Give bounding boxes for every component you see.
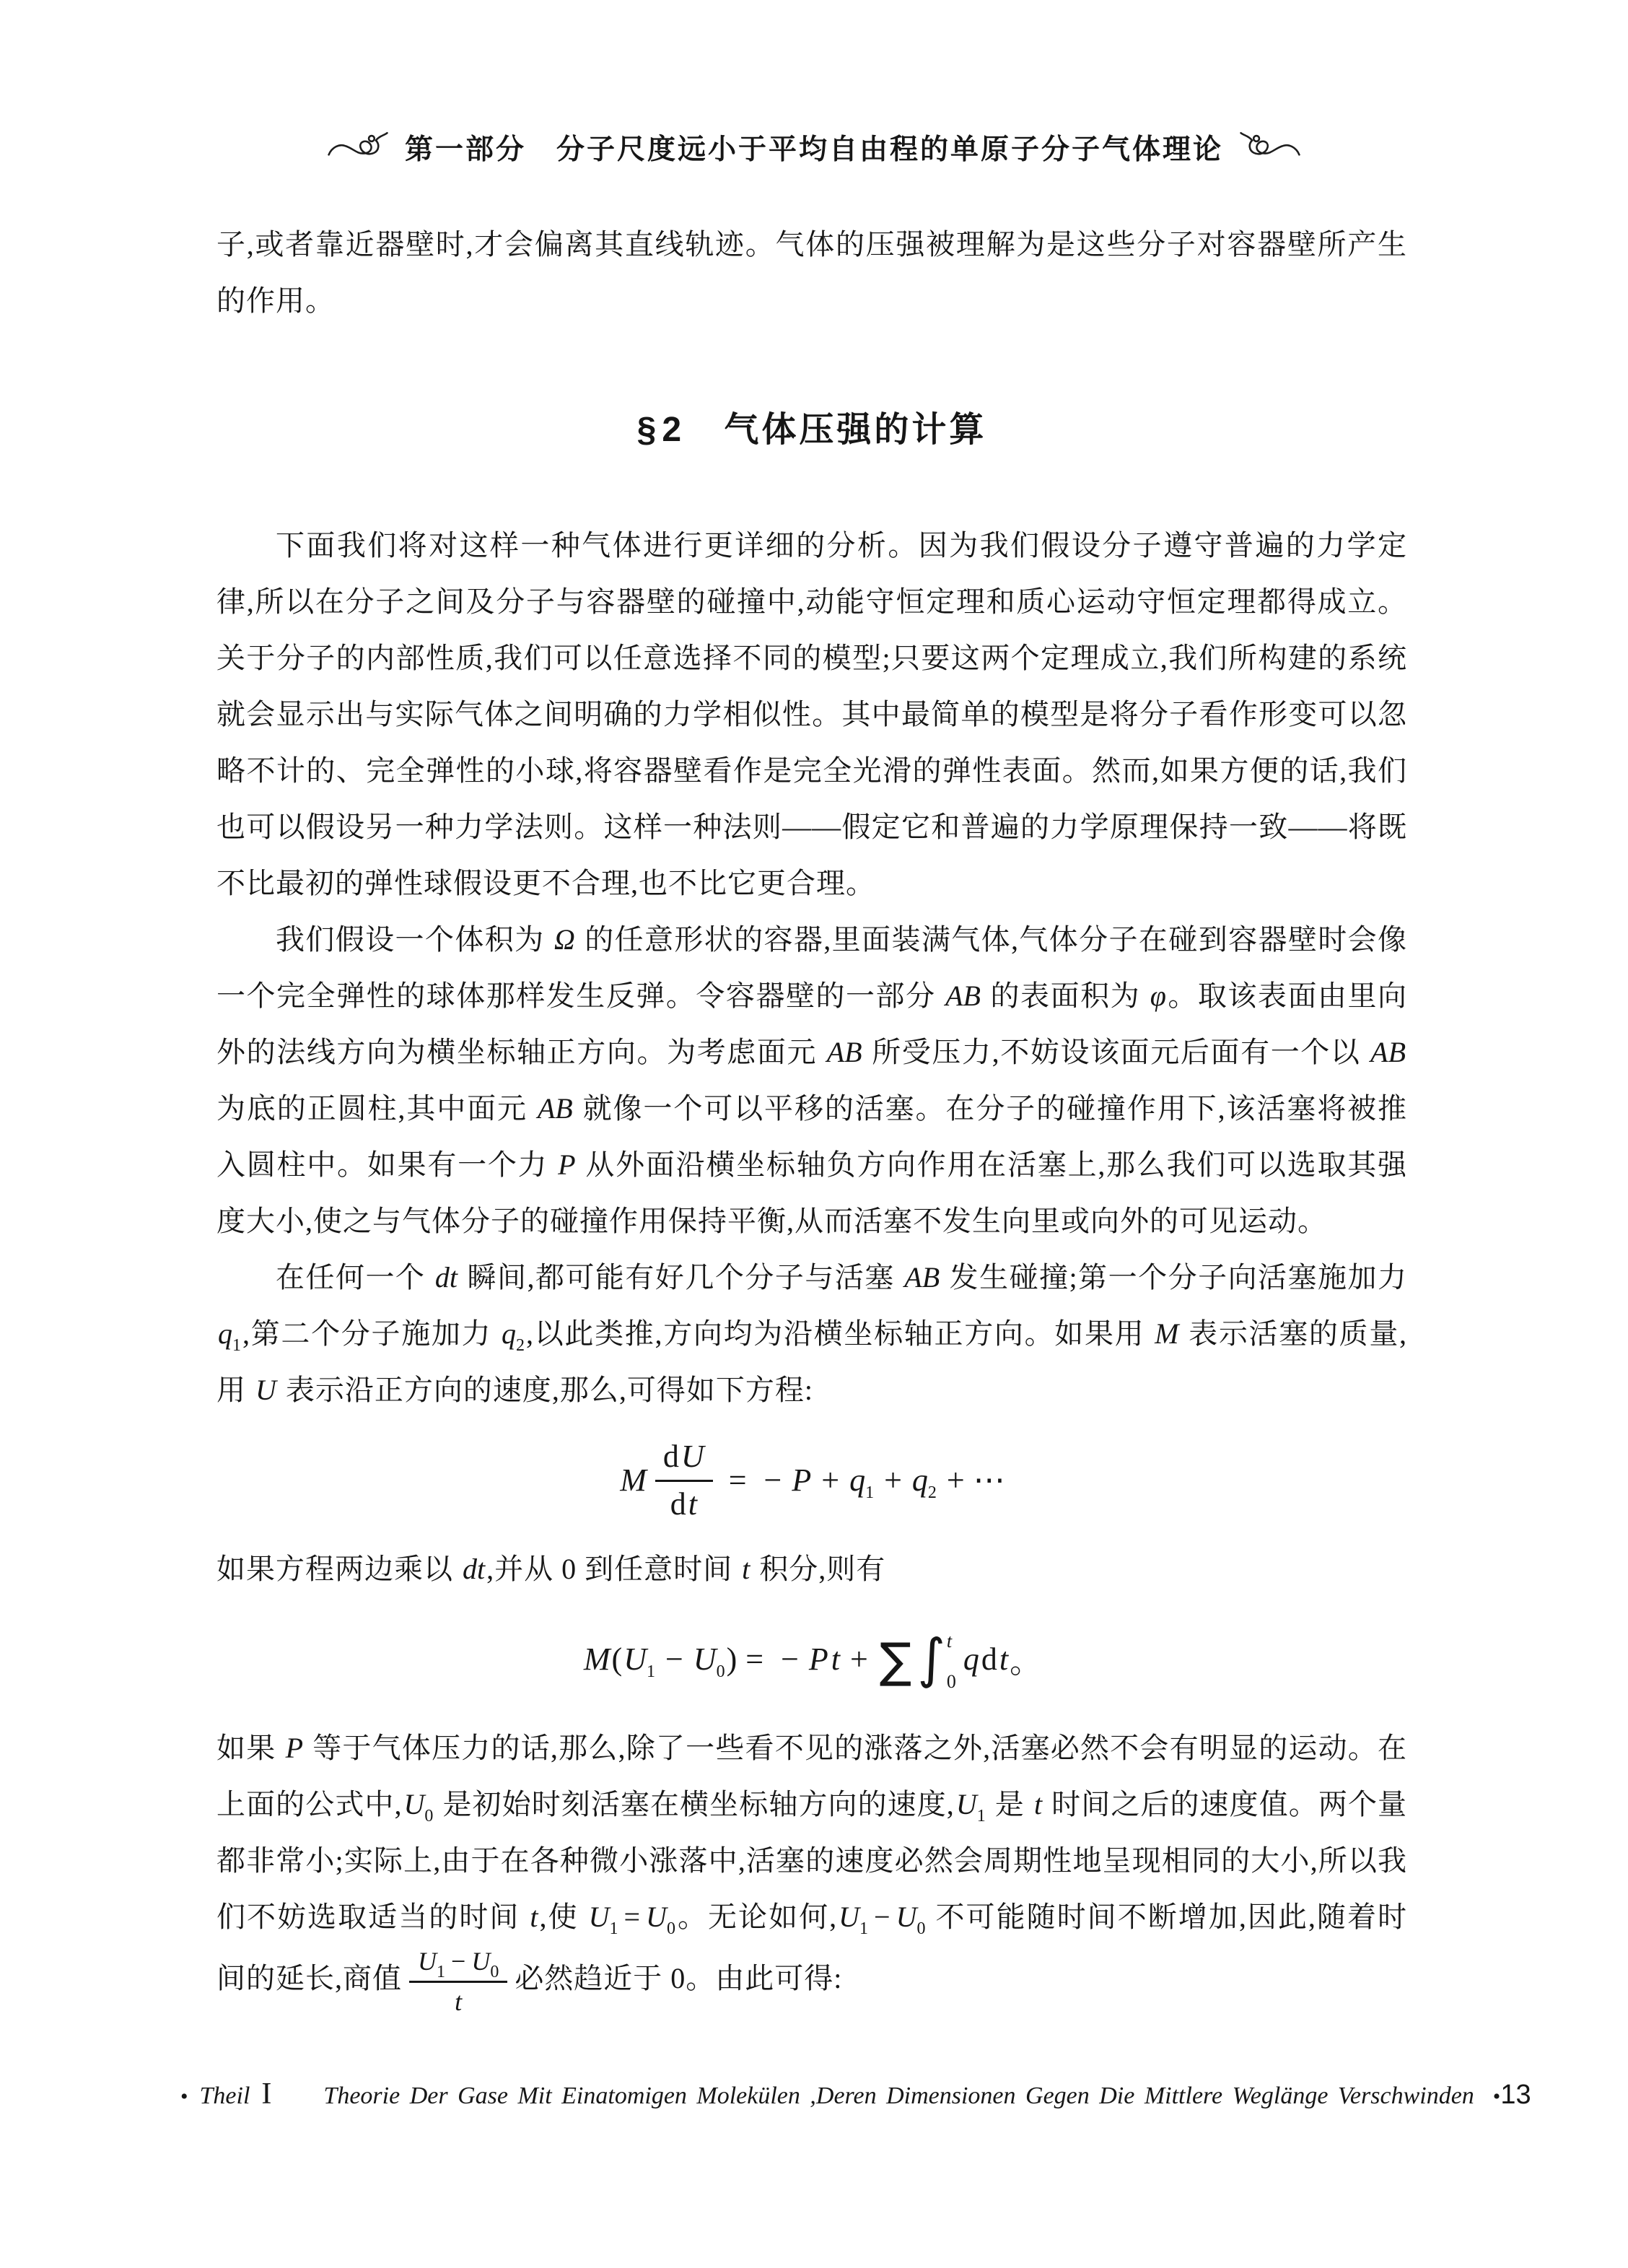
footer-book-title: Theorie Der Gase Mit Einatomigen Molekül… [323,2082,1474,2110]
page-content: 子,或者靠近器壁时,才会偏离其直线轨迹。气体的压强被理解为是这些分子对容器壁所产… [216,217,1407,2018]
book-page: 第一部分 分子尺度远小于平均自由程的单原子分子气体理论 子,或者靠近器壁时,才会… [0,0,1628,2268]
equation-piston-motion: MdUdt=−P+q1+q2+⋯ [216,1426,1407,1534]
flourish-swirl-icon [327,131,389,164]
paragraph-collisions: 在任何一个 dt 瞬间,都可能有好几个分子与活塞 AB 发生碰撞;第一个分子向活… [216,1249,1407,1418]
page-number: 13 [1500,2080,1531,2111]
section-title: 气体压强的计算 [724,411,986,449]
section-number: §2 [637,411,687,449]
footer-bullet-right: • [1493,2085,1501,2109]
page-header: 第一部分 分子尺度远小于平均自由程的单原子分子气体理论 [0,127,1628,167]
equation-integrated-momentum: M(U1−U0)=−Pt+∑∫t0qdt 。 [216,1605,1407,1713]
continuation-paragraph: 子,或者靠近器壁时,才会偏离其直线轨迹。气体的压强被理解为是这些分子对容器壁所产… [216,217,1407,329]
footer-citation: • Theil I Theorie Der Gase Mit Einatomig… [180,2079,1500,2110]
footer-part-numeral: I [261,2079,271,2109]
flourish-swirl-icon-mirrored [1239,131,1301,164]
page-footer: • Theil I Theorie Der Gase Mit Einatomig… [180,2079,1412,2111]
footer-part-label: Theil [200,2082,250,2110]
paragraph-integrate: 如果方程两边乘以 dt,并从 0 到任意时间 t 积分,则有 [216,1541,1407,1597]
part-title: 第一部分 分子尺度远小于平均自由程的单原子分子气体理论 [405,127,1223,167]
paragraph-container: 我们假设一个体积为 Ω 的任意形状的容器,里面装满气体,气体分子在碰到容器壁时会… [216,912,1407,1249]
paragraph-pressure: 如果 P 等于气体压力的话,那么,除了一些看不见的涨落之外,活塞必然不会有明显的… [216,1720,1407,2018]
section-heading: §2 气体压强的计算 [216,401,1407,451]
paragraph-analysis: 下面我们将对这样一种气体进行更详细的分析。因为我们假设分子遵守普遍的力学定律,所… [216,518,1407,912]
footer-bullet-left: • [180,2085,188,2109]
